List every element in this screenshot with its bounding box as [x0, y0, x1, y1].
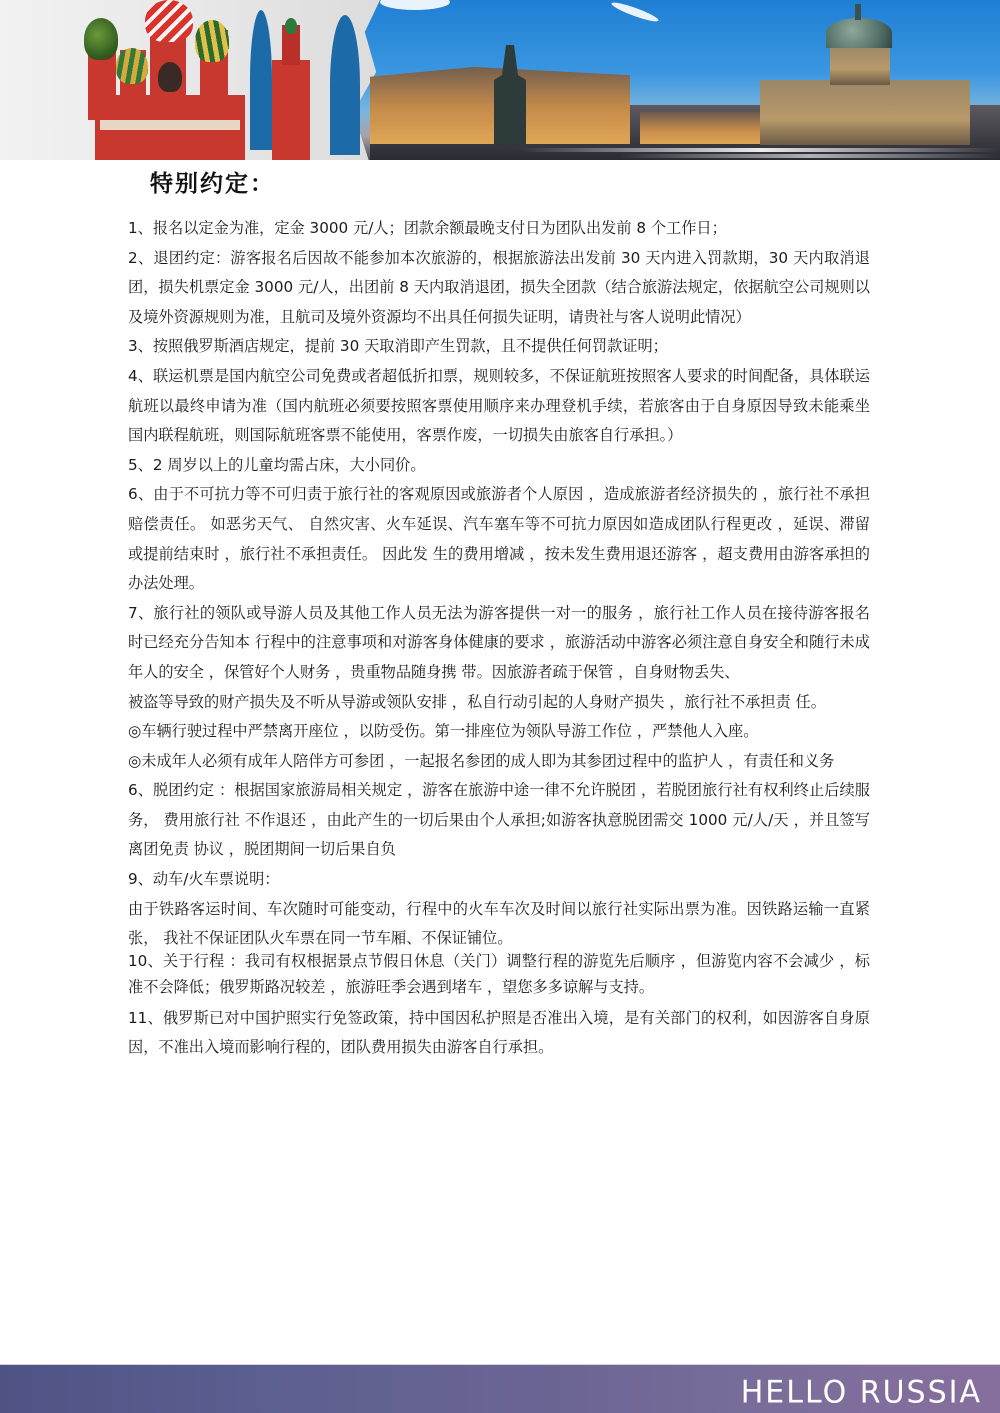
term-item-children: 5、2 周岁以上的儿童均需占床，大小同价。	[128, 451, 870, 481]
footer-bar: HELLO RUSSIA	[0, 1364, 1000, 1413]
nicholas-monument	[490, 45, 530, 145]
saint-isaacs-cathedral	[760, 80, 970, 145]
term-item-guide-service: 7、旅行社的领队或导游人员及其他工作人员无法为游客提供一对一的服务 ，旅行社工作…	[128, 599, 870, 688]
cathedral-spire	[855, 4, 861, 20]
term-item-minors: ◎未成年人必须有成年人陪伴方可参团 ，一起报名参团的成人即为其参团过程中的监护人…	[128, 747, 870, 777]
light-trails	[520, 148, 1000, 152]
special-terms-list: 1、报名以定金为准，定金 3000 元/人；团款余额最晚支付日为团队出发前 8 …	[128, 214, 870, 1063]
term-item-cancellation: 2、退团约定：游客报名后因故不能参加本次旅游的，根据旅游法出发前 30 天内进入…	[128, 244, 870, 333]
term-item-deposit: 1、报名以定金为准，定金 3000 元/人；团款余额最晚支付日为团队出发前 8 …	[128, 214, 870, 244]
brand-text: HELLO RUSSIA	[741, 1374, 982, 1411]
cathedral-dome	[826, 18, 892, 48]
page-title: 特别约定：	[150, 165, 275, 198]
term-item-itinerary: 10、关于行程 ：我司有权根据景点节假日休息（关门）调整行程的游览先后顺序 ，但…	[128, 948, 870, 1000]
cloud-shape	[610, 0, 660, 24]
term-item-hotel-policy: 3、按照俄罗斯酒店规定，提前 30 天取消即产生罚款，且不提供任何罚款证明；	[128, 332, 870, 362]
term-item-leaving-group: 6、脱团约定 ：根据国家旅游局相关规定 ，游客在旅游中途一律不允许脱团 ，若脱团…	[128, 776, 870, 865]
term-item-force-majeure: 6、由于不可抗力等不可归责于旅行社的客观原因或旅游者个人原因 ，造成旅游者经济损…	[128, 480, 870, 598]
saint-basils-cathedral-illustration	[50, 0, 350, 160]
header-banner-image	[0, 0, 1000, 160]
light-trails	[620, 154, 1000, 158]
term-item-visa-policy: 11、俄罗斯已对中国护照实行免签政策，持中国因私护照是否准出入境，是有关部门的权…	[128, 1004, 870, 1063]
term-item-property-loss: 被盗等导致的财产损失及不听从导游或领队安排 ，私自行动引起的人身财产损失 ，旅行…	[128, 688, 870, 718]
term-item-vehicle-safety: ◎车辆行驶过程中严禁离开座位 ，以防受伤。第一排座位为领队导游工作位 ，严禁他人…	[128, 717, 870, 747]
cloud-shape	[380, 0, 450, 10]
term-item-connecting-flights: 4、联运机票是国内航空公司免费或者超低折扣票，规则较多，不保证航班按照客人要求的…	[128, 362, 870, 451]
term-item-train-details: 由于铁路客运时间、车次随时可能变动，行程中的火车车次及时间以旅行社实际出票为准。…	[128, 895, 870, 954]
cathedral-drum	[830, 45, 890, 85]
term-item-train-heading: 9、动车/火车票说明：	[128, 865, 870, 895]
distant-buildings	[640, 112, 770, 144]
